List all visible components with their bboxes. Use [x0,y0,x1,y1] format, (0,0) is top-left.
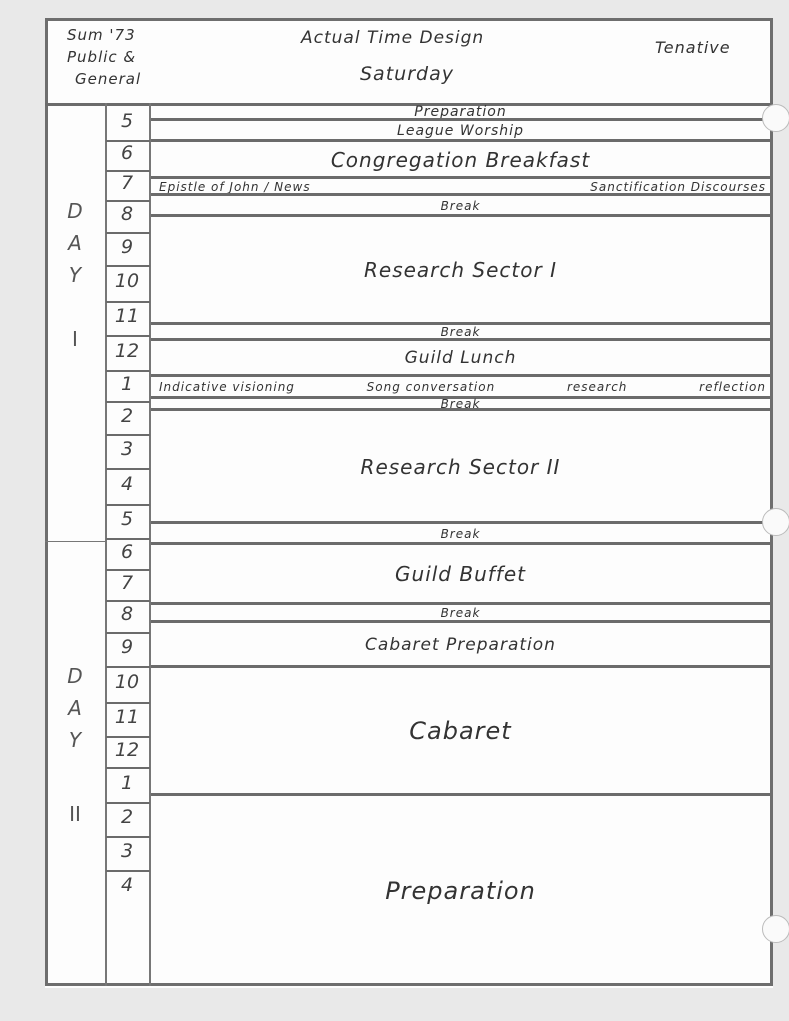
hour-label: 7 [107,172,147,194]
schedule-block-label: Guild Buffet [151,544,770,604]
schedule-block-label: Preparation [151,795,770,986]
schedule-segment-label: Epistle of John / News [159,180,311,194]
schedule-block: League Worship [151,120,770,141]
schedule-segment-label: Indicative visioning [159,380,295,394]
schedule-block: Cabaret Preparation [151,622,770,667]
hour-divider [106,632,150,634]
hour-label: 2 [107,405,147,427]
binder-hole-bottom [762,915,789,943]
hour-divider [106,702,150,704]
schedule-block-label: Cabaret Preparation [151,622,770,667]
hour-label: 5 [107,110,147,132]
hour-label: 12 [107,340,147,362]
schedule-block: Break [151,195,770,216]
hour-divider [106,666,150,668]
schedule-block: Cabaret [151,667,770,795]
schedule-block-label: Research Sector II [151,410,770,523]
hour-label: 8 [107,603,147,625]
hour-label: 10 [107,270,147,292]
hour-label: 3 [107,840,147,862]
hour-divider [106,170,150,172]
hour-label: 4 [107,473,147,495]
hour-label: 2 [107,806,147,828]
day-separator [45,541,105,542]
hour-divider [106,335,150,337]
schedule-segment-label: research [567,380,627,394]
hour-divider [106,836,150,838]
header-top-left-3: General [75,70,141,88]
schedule-block-label: Break [151,195,770,216]
hour-divider [106,301,150,303]
schedule-block: Indicative visioningSong conversationres… [151,376,770,398]
hour-label: 9 [107,236,147,258]
hour-divider [106,504,150,506]
schedule-block-label: Guild Lunch [151,340,770,376]
schedule-block-label: League Worship [151,120,770,141]
schedule-segment-label: Sanctification Discourses [590,180,766,194]
schedule-block-label: Congregation Breakfast [151,141,770,178]
hour-divider [106,200,150,202]
hour-divider [106,434,150,436]
hour-label: 7 [107,572,147,594]
header-top-left-1: Sum '73 [67,26,136,44]
hour-label: 9 [107,636,147,658]
header-title: Actual Time Design [301,28,484,48]
header-top-left-2: Public & [67,48,136,66]
hour-divider [106,802,150,804]
header-day: Saturday [360,63,454,85]
hour-divider [106,265,150,267]
schedule-block-label: Research Sector I [151,216,770,324]
schedule-block-segments: Indicative visioningSong conversationres… [159,376,766,398]
schedule-block-label: Cabaret [151,667,770,795]
hour-label: 11 [107,305,147,327]
hour-divider [106,370,150,372]
hour-label: 11 [107,706,147,728]
schedule-segment-label: reflection [699,380,766,394]
hour-label: 4 [107,874,147,896]
schedule-block: Preparation [151,795,770,986]
hour-label: 8 [107,203,147,225]
hour-divider [106,569,150,571]
hour-divider [106,232,150,234]
hour-label: 6 [107,142,147,164]
hour-divider [106,538,150,540]
hour-divider [106,468,150,470]
header-status: Tenative [655,38,731,57]
schedule-segment-label: Song conversation [367,380,496,394]
hour-label: 1 [107,373,147,395]
hour-divider [106,767,150,769]
schedule-block-label: Break [151,523,770,544]
hour-divider [106,870,150,872]
hour-label: 10 [107,671,147,693]
hour-divider [106,140,150,142]
schedule-block: Guild Buffet [151,544,770,604]
hour-label: 6 [107,541,147,563]
hour-divider [106,600,150,602]
schedule-block: Research Sector II [151,410,770,523]
hour-divider [106,401,150,403]
hour-label: 12 [107,739,147,761]
schedule-block: Congregation Breakfast [151,141,770,178]
binder-hole-middle [762,508,789,536]
schedule-block: Research Sector I [151,216,770,324]
hour-divider [106,736,150,738]
binder-hole-top [762,104,789,132]
schedule-block: Guild Lunch [151,340,770,376]
hour-label: 1 [107,772,147,794]
hour-label: 3 [107,438,147,460]
hour-label: 5 [107,508,147,530]
schedule-block: Break [151,523,770,544]
schedule-sheet: Sum '73 Public & General Actual Time Des… [45,18,773,988]
